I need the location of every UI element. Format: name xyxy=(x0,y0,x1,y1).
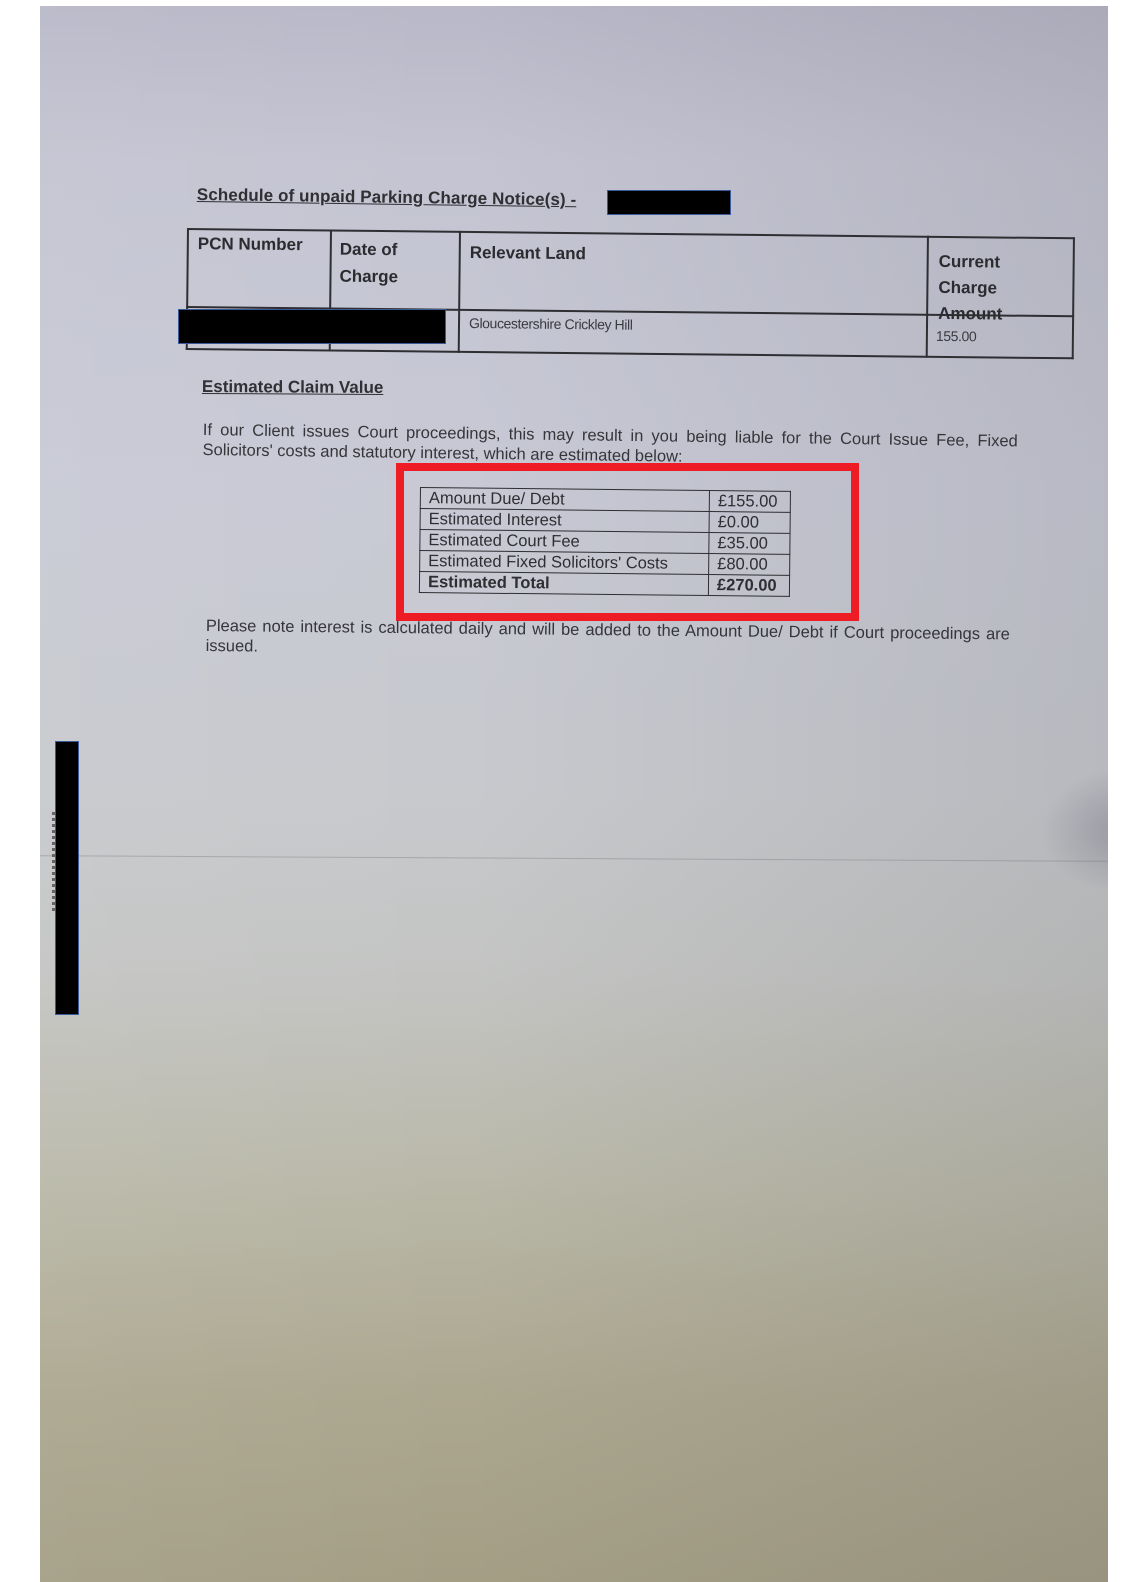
header-pcn-number: PCN Number xyxy=(198,230,303,258)
row-current-charge-amount: 155.00 xyxy=(936,328,977,344)
interest-note-paragraph: Please note interest is calculated daily… xyxy=(206,616,1010,664)
redaction-side-margin xyxy=(55,741,79,1015)
row-relevant-land: Gloucestershire Crickley Hill xyxy=(469,315,633,333)
header-relevant-land: Relevant Land xyxy=(470,239,586,267)
pcn-schedule-table: PCN Number Date of Charge Relevant Land … xyxy=(186,228,1075,372)
header-current-charge-line3: Amount xyxy=(938,300,1002,328)
estimated-claim-value-heading: Estimated Claim Value xyxy=(202,377,384,398)
header-date-of-charge-line2: Charge xyxy=(339,263,398,291)
header-date-of-charge-line1: Date of xyxy=(340,236,398,264)
header-current-charge-line1: Current xyxy=(939,248,1001,276)
red-highlight-box xyxy=(396,463,859,621)
redaction-pcn-and-date xyxy=(178,309,446,344)
redaction-title-reference xyxy=(607,190,731,215)
header-current-charge-line2: Charge xyxy=(938,274,997,302)
